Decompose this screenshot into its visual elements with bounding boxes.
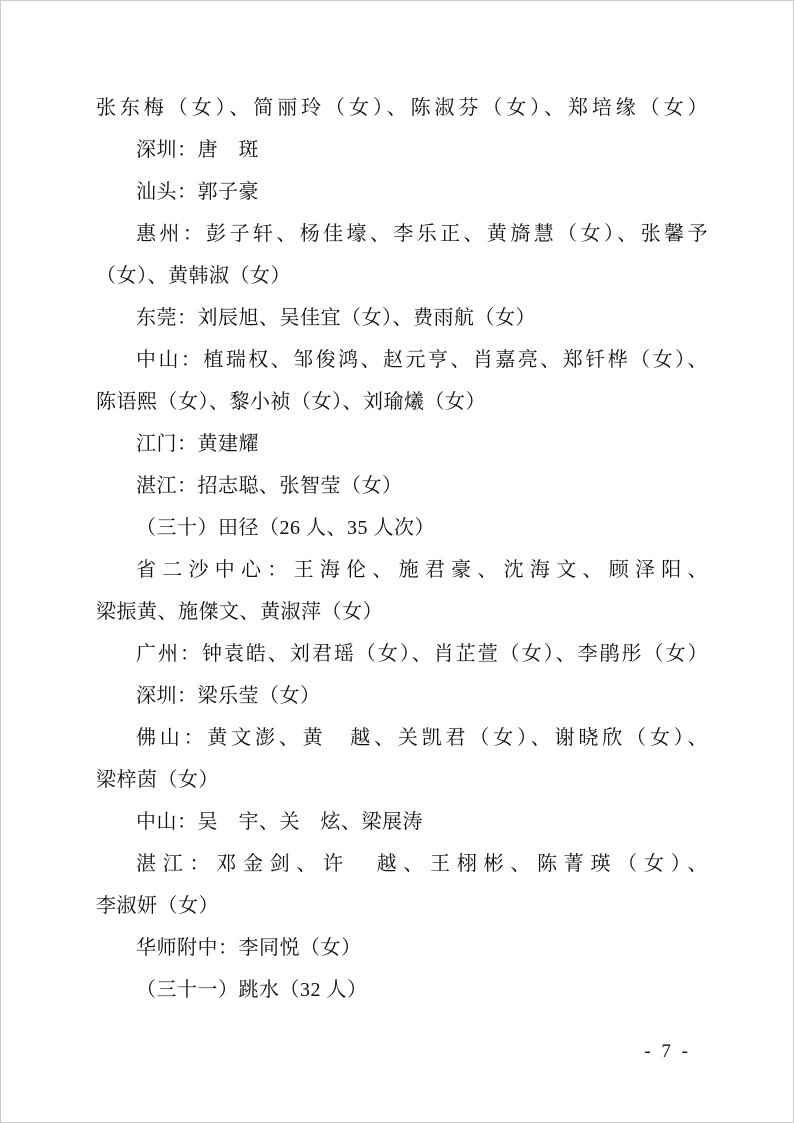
entry-foshan: 佛山：黄文澎、黄 越、关凯君（女）、谢晓欣（女）、	[96, 717, 708, 759]
entry-zhongshan-athletics: 中山：吴 宇、关 炫、梁展涛	[96, 801, 708, 843]
entry-huizhou: 惠州：彭子轩、杨佳壕、李乐正、黄旖慧（女）、张馨予	[96, 213, 708, 255]
roster-continuation-line: 张东梅（女）、简丽玲（女）、陈淑芬（女）、郑培缘（女）	[96, 87, 708, 129]
document-body: 张东梅（女）、简丽玲（女）、陈淑芬（女）、郑培缘（女） 深圳：唐 斑 汕头：郭子…	[96, 87, 708, 1011]
entry-dongguan: 东莞：刘辰旭、吴佳宜（女）、费雨航（女）	[96, 297, 708, 339]
entry-shenzhen: 深圳：唐 斑	[96, 129, 708, 171]
entry-zhongshan-continuation: 陈语熙（女）、黎小祯（女）、刘瑜爔（女）	[96, 381, 708, 423]
entry-zhongshan: 中山：植瑞权、邹俊鸿、赵元亨、肖嘉亮、郑钎桦（女）、	[96, 339, 708, 381]
entry-ersha-center: 省二沙中心：王海伦、施君豪、沈海文、顾泽阳、	[96, 549, 708, 591]
section-heading-athletics: （三十）田径（26 人、35 人次）	[96, 507, 708, 549]
entry-ersha-continuation: 梁振黄、施傑文、黄淑萍（女）	[96, 591, 708, 633]
section-heading-diving: （三十一）跳水（32 人）	[96, 969, 708, 1011]
entry-guangzhou: 广州：钟袁皓、刘君瑶（女）、肖芷萱（女）、李鹃彤（女）	[96, 633, 708, 675]
entry-huizhou-continuation: （女）、黄韩淑（女）	[96, 255, 708, 297]
entry-zhanjiang: 湛江：招志聪、张智莹（女）	[96, 465, 708, 507]
page-number: - 7 -	[644, 1041, 691, 1063]
entry-foshan-continuation: 梁梓茵（女）	[96, 759, 708, 801]
document-page: 张东梅（女）、简丽玲（女）、陈淑芬（女）、郑培缘（女） 深圳：唐 斑 汕头：郭子…	[0, 0, 794, 1123]
entry-jiangmen: 江门：黄建耀	[96, 423, 708, 465]
entry-huashi-fuzhong: 华师附中：李同悦（女）	[96, 927, 708, 969]
entry-shenzhen-athletics: 深圳：梁乐莹（女）	[96, 675, 708, 717]
entry-zhanjiang-athletics: 湛江：邓金剑、许 越、王栩彬、陈菁瑛（女）、	[96, 843, 708, 885]
entry-shantou: 汕头：郭子豪	[96, 171, 708, 213]
entry-zhanjiang-continuation: 李淑妍（女）	[96, 885, 708, 927]
